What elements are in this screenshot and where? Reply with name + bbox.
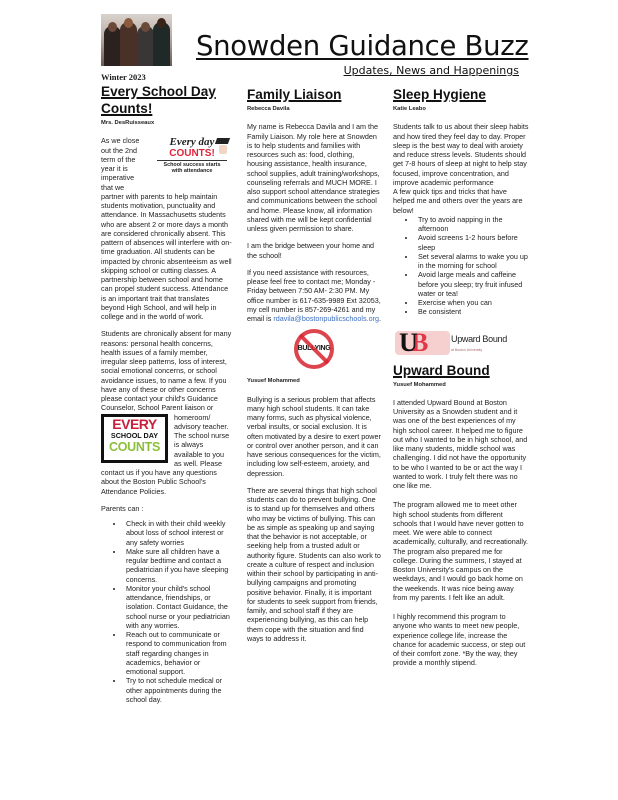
paragraph: If you need assistance with resources, p…: [247, 268, 381, 324]
paragraph: I attended Upward Bound at Boston Univer…: [393, 398, 529, 491]
list-item: Set several alarms to wake you up in the…: [416, 252, 529, 271]
list-item: Be consistent: [416, 307, 529, 316]
person-head: [157, 18, 166, 28]
paragraph: I highly recommend this program to anyon…: [393, 612, 529, 668]
person-figure: [104, 26, 121, 66]
parents-list: Check in with their child weekly about l…: [101, 519, 233, 704]
paragraph: My name is Rebecca Davila and I am the F…: [247, 122, 381, 233]
article-title-family-liaison: Family Liaison: [247, 86, 381, 103]
person-figure: [153, 22, 170, 66]
column-sleep-upward: Sleep Hygiene Katie Leabo Students talk …: [393, 86, 529, 676]
paragraph: Students are chronically absent for many…: [101, 329, 233, 496]
article-title-upward-bound: Upward Bound: [393, 362, 529, 379]
every-school-day-counts-badge: EVERY SCHOOL DAY COUNTS: [101, 414, 168, 463]
paragraph: I am the bridge between your home and th…: [247, 241, 381, 260]
sleep-tips-list: Try to avoid napping in the afternoon Av…: [393, 215, 529, 317]
byline: Katie Leabo: [393, 105, 529, 114]
no-bullying-icon: BULLYING: [294, 329, 334, 369]
paragraph: There are several things that high schoo…: [247, 486, 381, 643]
every-day-counts-logo: Every day COUNTS! School success starts …: [151, 136, 233, 182]
diploma-icon: [219, 145, 227, 154]
person-head: [124, 18, 133, 28]
list-item: Exercise when you can: [416, 298, 529, 307]
list-item: Avoid screens 1-2 hours before sleep: [416, 233, 529, 252]
title-line-2: Counts!: [101, 101, 152, 116]
title-line-1: Every School Day: [101, 84, 216, 99]
upward-bound-logo: B U Upward Bound at Boston University: [393, 329, 511, 356]
paragraph: Bullying is a serious problem that affec…: [247, 395, 381, 478]
byline: Yusuef Mohammed: [247, 377, 381, 386]
article-title-attendance: Every School Day Counts!: [101, 83, 233, 117]
list-item: Monitor your child's school attendance, …: [124, 584, 233, 630]
person-head: [108, 22, 117, 32]
newsletter-title: Snowden Guidance Buzz: [196, 30, 529, 62]
list-item: Reach out to communicate or respond to c…: [124, 630, 233, 676]
punctuation: .: [379, 314, 381, 323]
paragraph: Students talk to us about their sleep ha…: [393, 122, 529, 187]
person-figure: [120, 22, 137, 66]
list-item: Make sure all children have a regular be…: [124, 547, 233, 584]
badge-line: COUNTS: [104, 441, 165, 454]
person-figure: [137, 26, 154, 66]
badge-line: EVERY: [104, 417, 165, 431]
person-head: [141, 22, 150, 32]
badge-line: SCHOOL DAY: [104, 431, 165, 441]
logo-u-glyph: U: [399, 329, 418, 356]
list-item: Check in with their child weekly about l…: [124, 519, 233, 547]
paragraph: The program allowed me to meet other hig…: [393, 500, 529, 602]
parents-intro: Parents can :: [101, 504, 233, 513]
byline: Rebecca Davila: [247, 105, 381, 114]
logo-sub: at Boston University: [451, 346, 482, 355]
graduation-cap-icon: [215, 138, 230, 144]
byline: Yusuef Mohammed: [393, 381, 529, 390]
list-item: Try to not schedule medical or other app…: [124, 676, 233, 704]
list-item: Avoid large meals and caffeine before yo…: [416, 270, 529, 298]
column-attendance: Every School Day Counts! Mrs. DesRuissea…: [101, 83, 233, 704]
logo-name: Upward Bound: [451, 335, 507, 344]
logo-tagline: with attendance: [151, 168, 233, 174]
byline: Mrs. DesRuisseaux: [101, 119, 233, 128]
email-link[interactable]: rdavila@bostonpublicschools.org: [273, 314, 379, 323]
paragraph-text: Students are chronically absent for many…: [101, 329, 231, 412]
issue-date: Winter 2023: [101, 72, 146, 82]
column-family-liaison: Family Liaison Rebecca Davila My name is…: [247, 86, 381, 651]
newsletter-subtitle: Updates, News and Happenings: [344, 64, 519, 77]
article-title-sleep: Sleep Hygiene: [393, 86, 529, 103]
paragraph: A few quick tips and tricks that have he…: [393, 187, 529, 215]
staff-group-photo: [101, 14, 172, 66]
logo-divider: [157, 160, 227, 161]
list-item: Try to avoid napping in the afternoon: [416, 215, 529, 234]
